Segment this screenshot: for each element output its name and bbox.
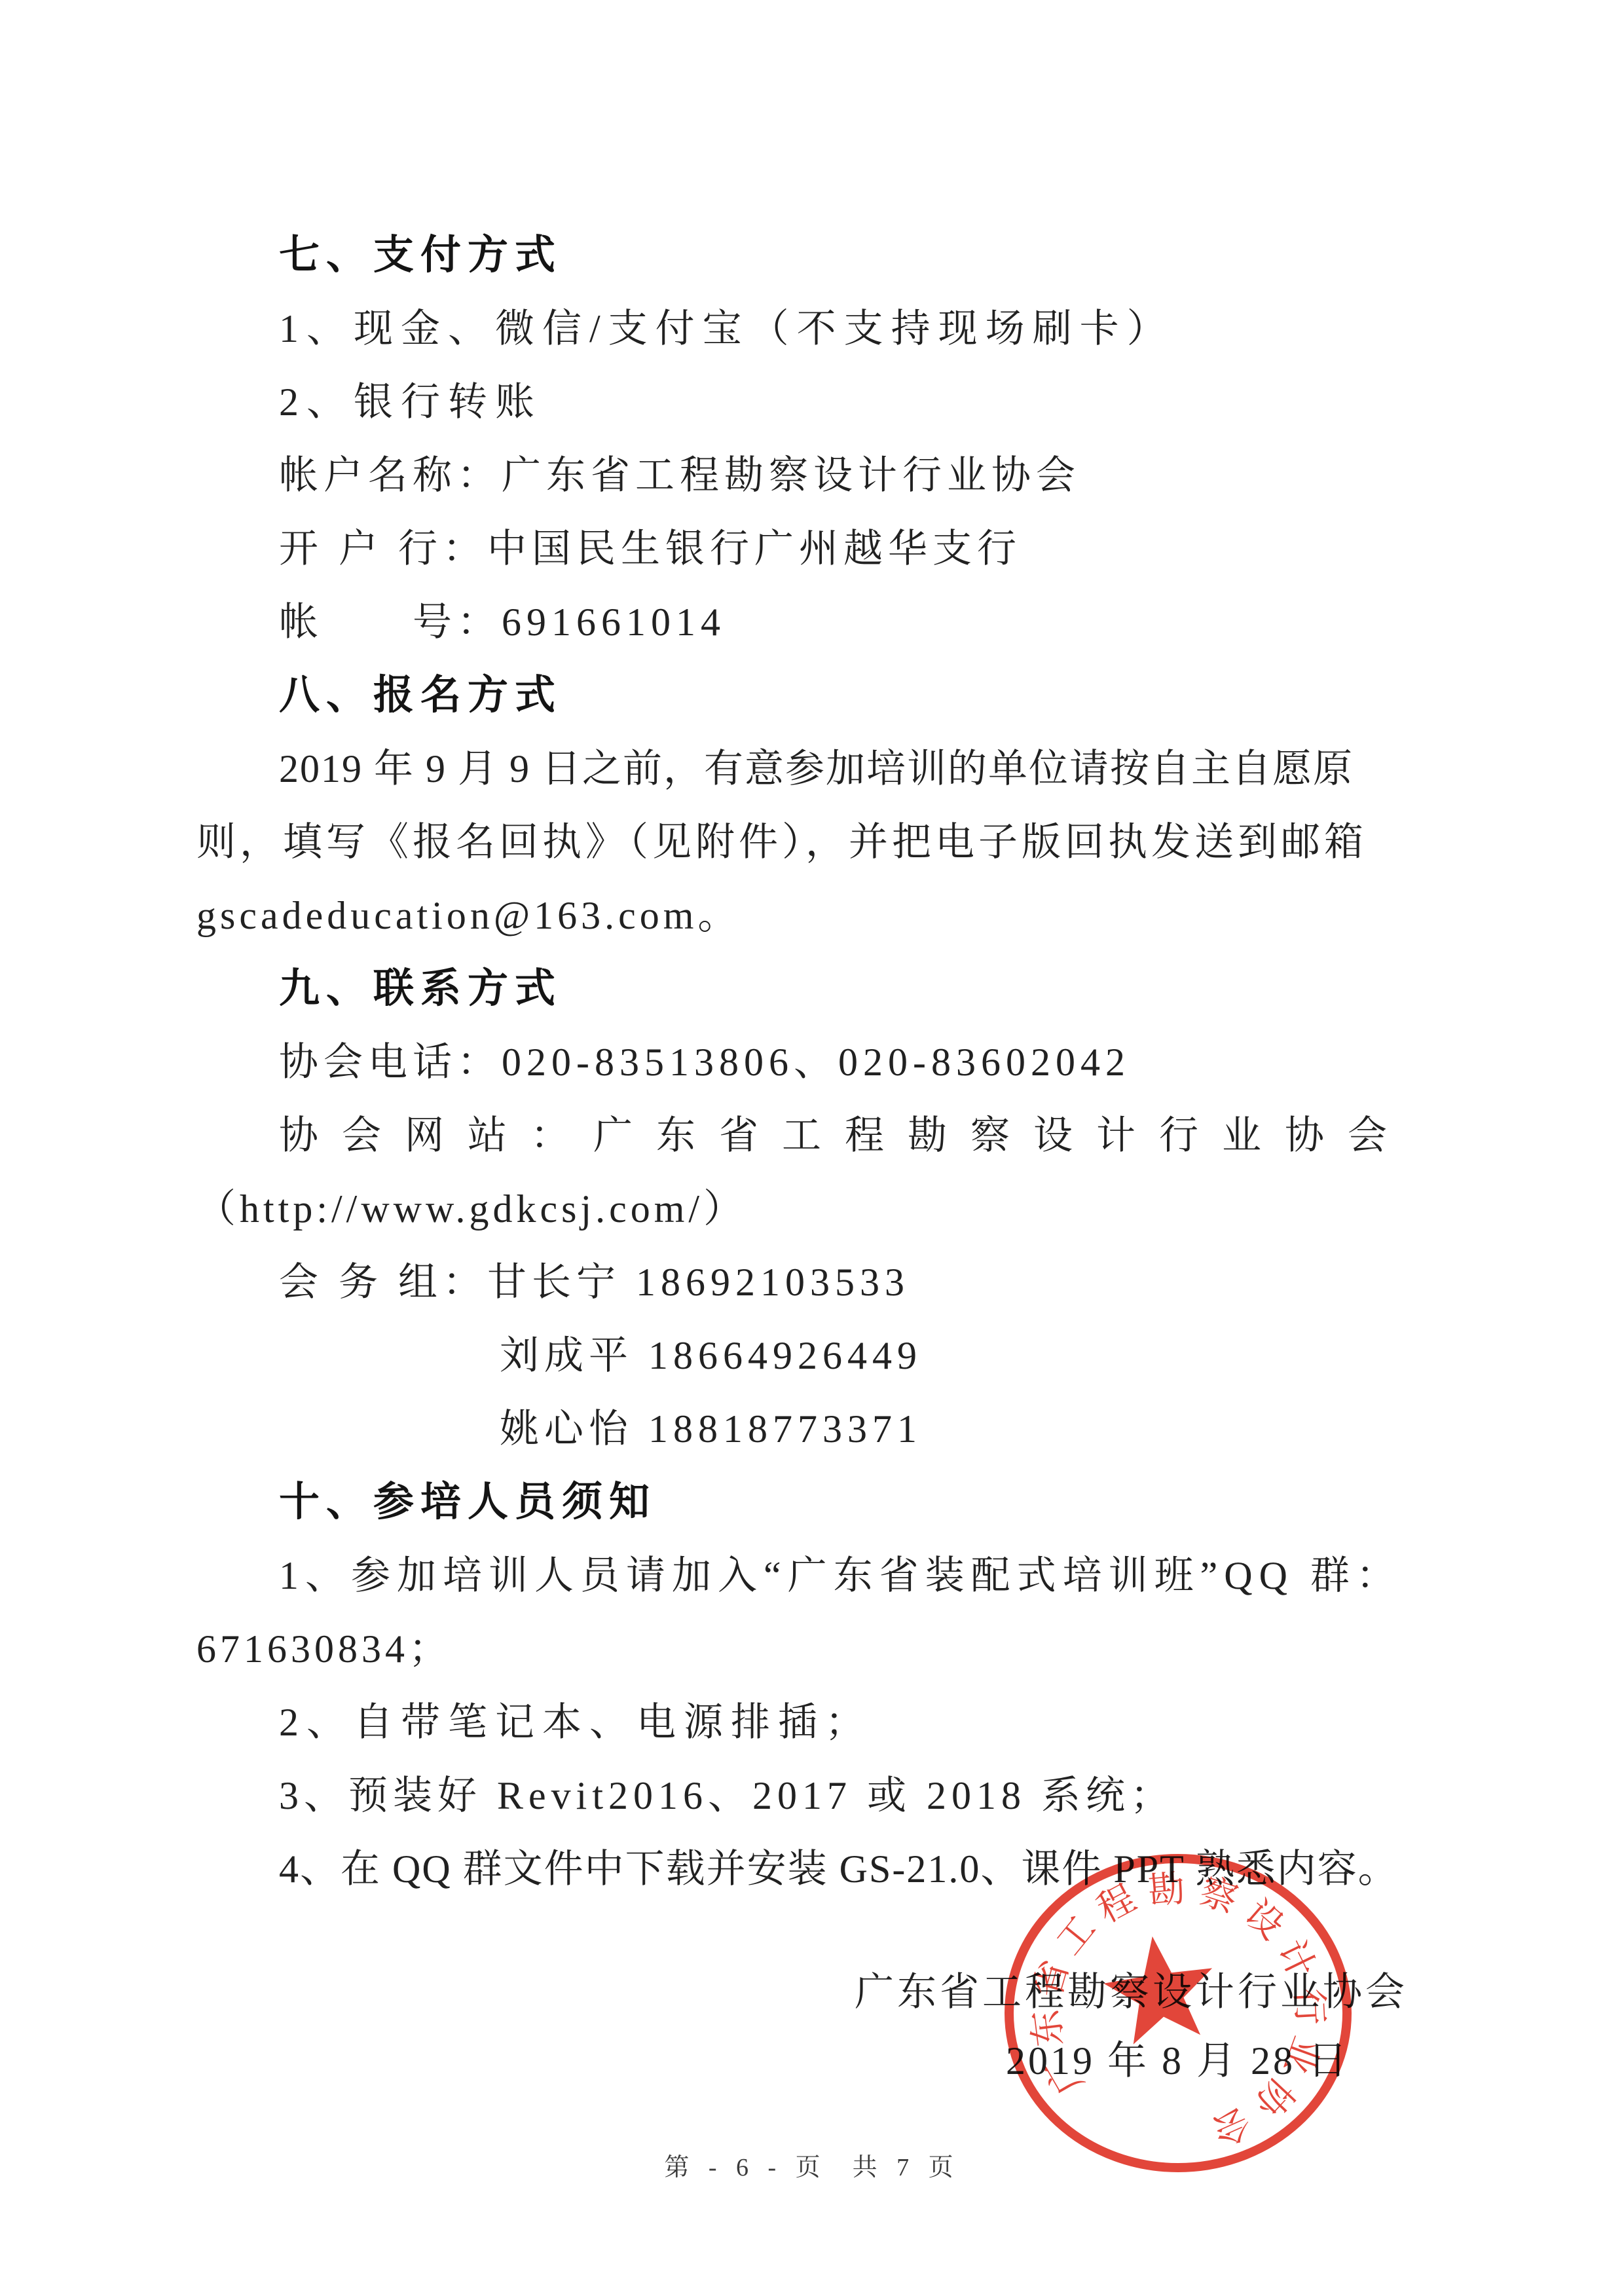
seal-char: 勘 (1147, 1868, 1187, 1912)
text-line: 开 户 行：中国民生银行广州越华支行 (0, 512, 1624, 585)
seal-char: 工 (1049, 1908, 1103, 1963)
page-number: 第 - 6 - 页 共 7 页 (0, 2147, 1624, 2183)
text-line: 姚心怡 18818773371 (0, 1392, 1624, 1466)
seal-char: 省 (1027, 1956, 1077, 2003)
text-line: 2、自带笔记本、电源排插； (0, 1686, 1624, 1759)
text-line: 会 务 组：甘长宁 18692103533 (0, 1246, 1624, 1319)
seal-char: 设 (1237, 1893, 1291, 1948)
seal-char: 协 (1246, 2070, 1301, 2126)
text-line: 2、银行转账 (0, 365, 1624, 439)
text-line: 4、在 QQ 群文件中下载并安装 GS-21.0、课件 PPT 熟悉内容。 (0, 1832, 1624, 1906)
text-line: 3、预装好 Revit2016、2017 或 2018 系统； (0, 1759, 1624, 1832)
text-line: （http://www.gdkcsj.com/） (0, 1172, 1624, 1246)
seal-char: 程 (1091, 1878, 1143, 1931)
text-line: 1、现金、微信/支付宝（不支持现场刷卡） (0, 292, 1624, 365)
text-line: 八、报名方式 (0, 659, 1624, 732)
content-lines: 七、支付方式1、现金、微信/支付宝（不支持现场刷卡）2、银行转账帐户名称：广东省… (0, 219, 1624, 1906)
seal-char: 业 (1276, 2031, 1326, 2079)
text-line: 2019 年 9 月 9 日之前，有意参加培训的单位请按自主自愿原 (0, 732, 1624, 805)
text-line: 671630834； (0, 1612, 1624, 1686)
text-line: 七、支付方式 (0, 219, 1624, 292)
text-line: 协会电话：020-83513806、020-83602042 (0, 1026, 1624, 1099)
seal-char: 计 (1270, 1934, 1322, 1985)
document-page: 七、支付方式1、现金、微信/支付宝（不支持现场刷卡）2、银行转账帐户名称：广东省… (0, 0, 1624, 2296)
text-line: 刘成平 18664926449 (0, 1319, 1624, 1392)
official-seal: 广东省工程勘察设计行业协会 (995, 1830, 1361, 2196)
text-line: gscadeducation@163.com。 (0, 879, 1624, 952)
seal-char: 会 (1206, 2100, 1256, 2151)
text-line: 帐户名称：广东省工程勘察设计行业协会 (0, 439, 1624, 512)
text-line: 九、联系方式 (0, 952, 1624, 1026)
seal-star-icon (1098, 1929, 1221, 2047)
text-line: 十、参培人员须知 (0, 1466, 1624, 1539)
seal-char: 广 (1038, 2048, 1092, 2100)
text-line: 则，填写《报名回执》（见附件），并把电子版回执发送到邮箱 (0, 805, 1624, 879)
seal-char: 东 (1025, 2007, 1070, 2048)
text-line: 1、参加培训人员请加入“广东省装配式培训班”QQ 群： (0, 1539, 1624, 1612)
text-line: 帐 号：691661014 (0, 585, 1624, 659)
seal-char: 行 (1287, 1988, 1330, 2026)
seal-char: 察 (1195, 1871, 1242, 1921)
text-line: 协会网站：广东省工程勘察设计行业协会 (0, 1099, 1624, 1172)
